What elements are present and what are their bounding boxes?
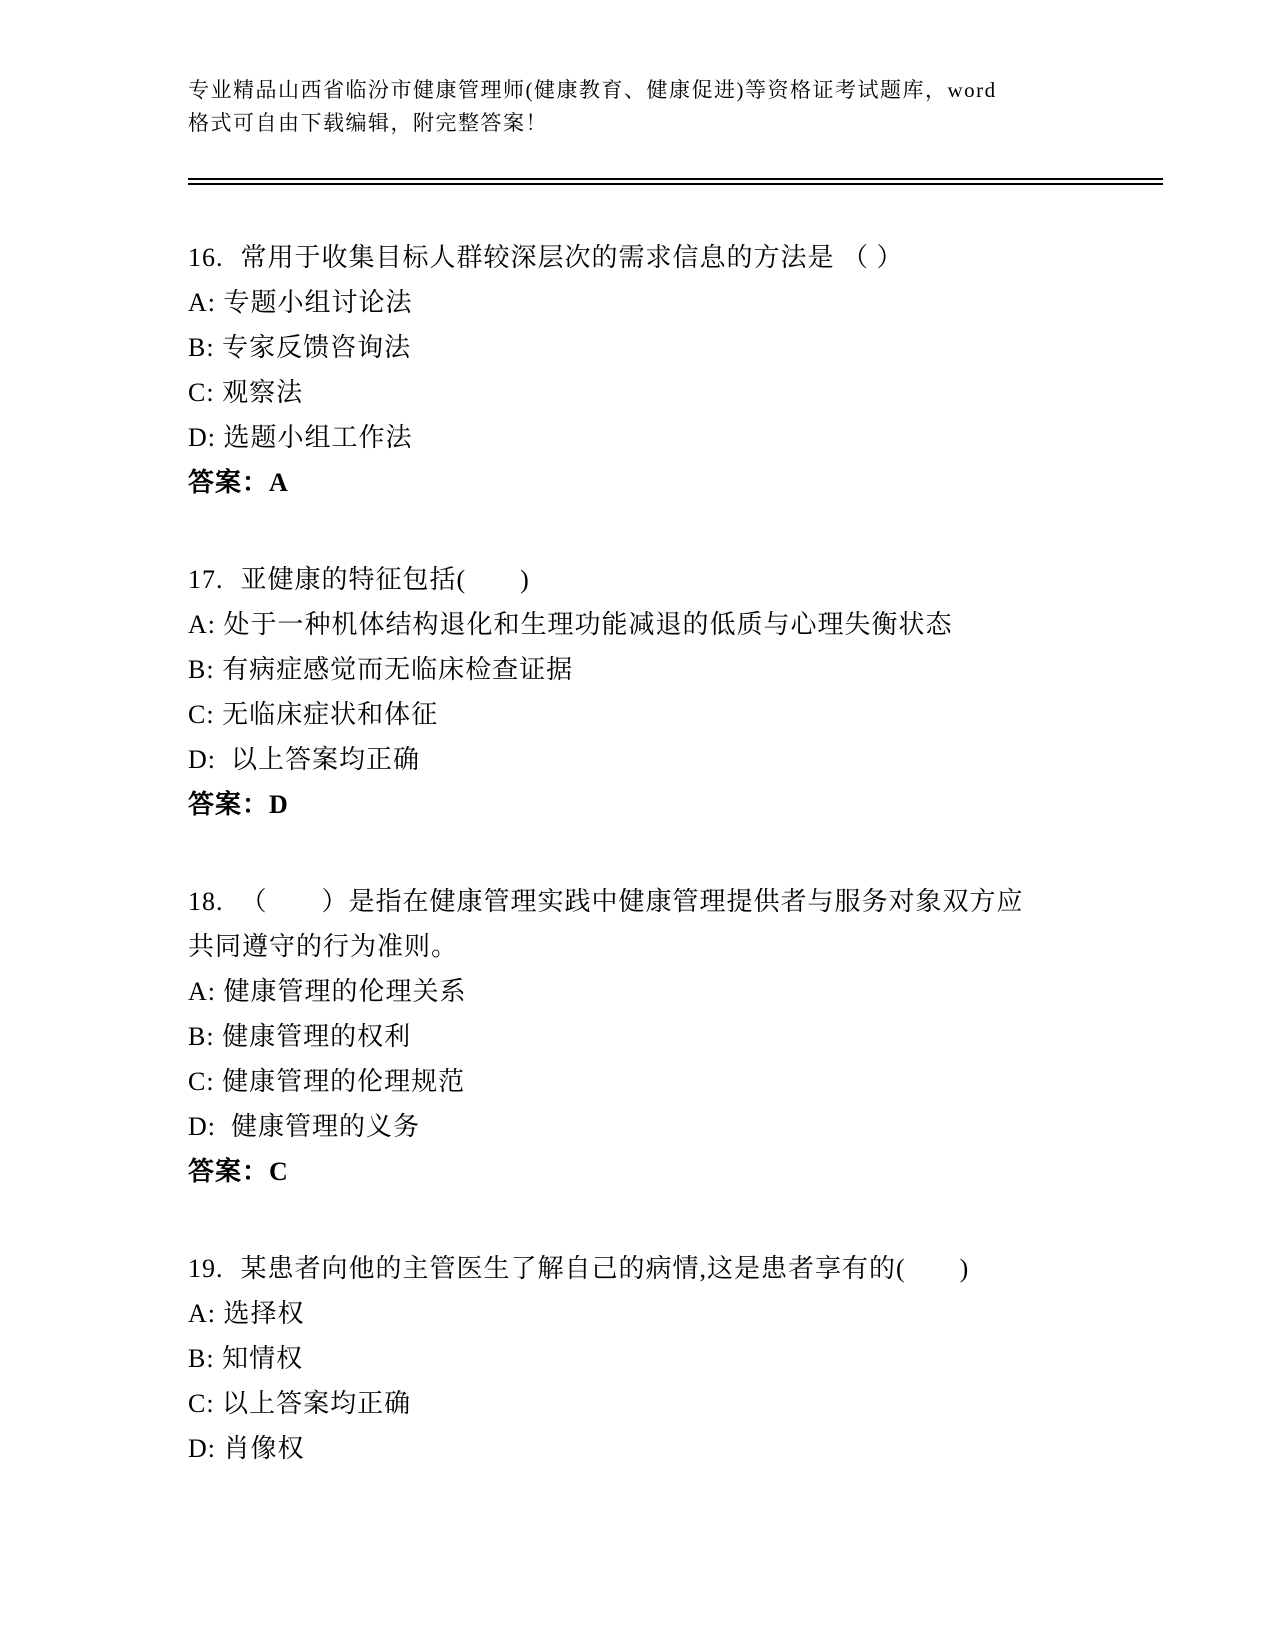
- option-a: A: 处于一种机体结构退化和生理功能减退的低质与心理失衡状态: [188, 602, 1163, 647]
- header-text-line-1: 专业精品山西省临汾市健康管理师(健康教育、健康促进)等资格证考试题库，word: [188, 74, 1163, 107]
- question-19: 19.某患者向他的主管医生了解自己的病情,这是患者享有的( ) A: 选择权 B…: [188, 1246, 1163, 1471]
- option-d: D: 健康管理的义务: [188, 1104, 1163, 1149]
- option-b: B: 有病症感觉而无临床检查证据: [188, 647, 1163, 692]
- header-text-line-2: 格式可自由下载编辑，附完整答案！: [188, 107, 1163, 140]
- page-header: 专业精品山西省临汾市健康管理师(健康教育、健康促进)等资格证考试题库，word …: [188, 74, 1163, 140]
- option-c: C: 观察法: [188, 370, 1163, 415]
- header-divider-rule: [188, 178, 1163, 185]
- option-a: A: 专题小组讨论法: [188, 280, 1163, 325]
- answer-line: 答案：A: [188, 460, 1163, 505]
- option-b: B: 健康管理的权利: [188, 1014, 1163, 1059]
- answer-line: 答案：C: [188, 1149, 1163, 1194]
- question-number: 17.: [188, 557, 224, 602]
- question-stem: 16.常用于收集目标人群较深层次的需求信息的方法是 （ ）: [188, 235, 1163, 280]
- question-stem-text: 某患者向他的主管医生了解自己的病情,这是患者享有的( ): [241, 1254, 970, 1283]
- document-page: 专业精品山西省临汾市健康管理师(健康教育、健康促进)等资格证考试题库，word …: [0, 0, 1275, 1650]
- option-d: D: 以上答案均正确: [188, 737, 1163, 782]
- option-c: C: 健康管理的伦理规范: [188, 1059, 1163, 1104]
- option-c: C: 无临床症状和体征: [188, 692, 1163, 737]
- option-b: B: 知情权: [188, 1336, 1163, 1381]
- option-c: C: 以上答案均正确: [188, 1381, 1163, 1426]
- question-stem-continued: 共同遵守的行为准则。: [188, 924, 1163, 969]
- answer-line: 答案：D: [188, 782, 1163, 827]
- question-16: 16.常用于收集目标人群较深层次的需求信息的方法是 （ ） A: 专题小组讨论法…: [188, 235, 1163, 505]
- option-a: A: 选择权: [188, 1291, 1163, 1336]
- question-number: 19.: [188, 1246, 224, 1291]
- question-stem-text: （ ）是指在健康管理实践中健康管理提供者与服务对象双方应: [241, 887, 1024, 916]
- question-17: 17.亚健康的特征包括( ) A: 处于一种机体结构退化和生理功能减退的低质与心…: [188, 557, 1163, 827]
- question-number: 16.: [188, 235, 224, 280]
- option-a: A: 健康管理的伦理关系: [188, 969, 1163, 1014]
- option-d: D: 肖像权: [188, 1426, 1163, 1471]
- question-stem: 17.亚健康的特征包括( ): [188, 557, 1163, 602]
- question-18: 18.（ ）是指在健康管理实践中健康管理提供者与服务对象双方应 共同遵守的行为准…: [188, 879, 1163, 1194]
- question-list: 16.常用于收集目标人群较深层次的需求信息的方法是 （ ） A: 专题小组讨论法…: [188, 235, 1163, 1471]
- option-d: D: 选题小组工作法: [188, 415, 1163, 460]
- question-stem-text: 常用于收集目标人群较深层次的需求信息的方法是 （ ）: [241, 243, 904, 272]
- question-stem: 18.（ ）是指在健康管理实践中健康管理提供者与服务对象双方应: [188, 879, 1163, 924]
- question-number: 18.: [188, 879, 224, 924]
- question-stem: 19.某患者向他的主管医生了解自己的病情,这是患者享有的( ): [188, 1246, 1163, 1291]
- question-stem-text: 亚健康的特征包括( ): [241, 565, 530, 594]
- option-b: B: 专家反馈咨询法: [188, 325, 1163, 370]
